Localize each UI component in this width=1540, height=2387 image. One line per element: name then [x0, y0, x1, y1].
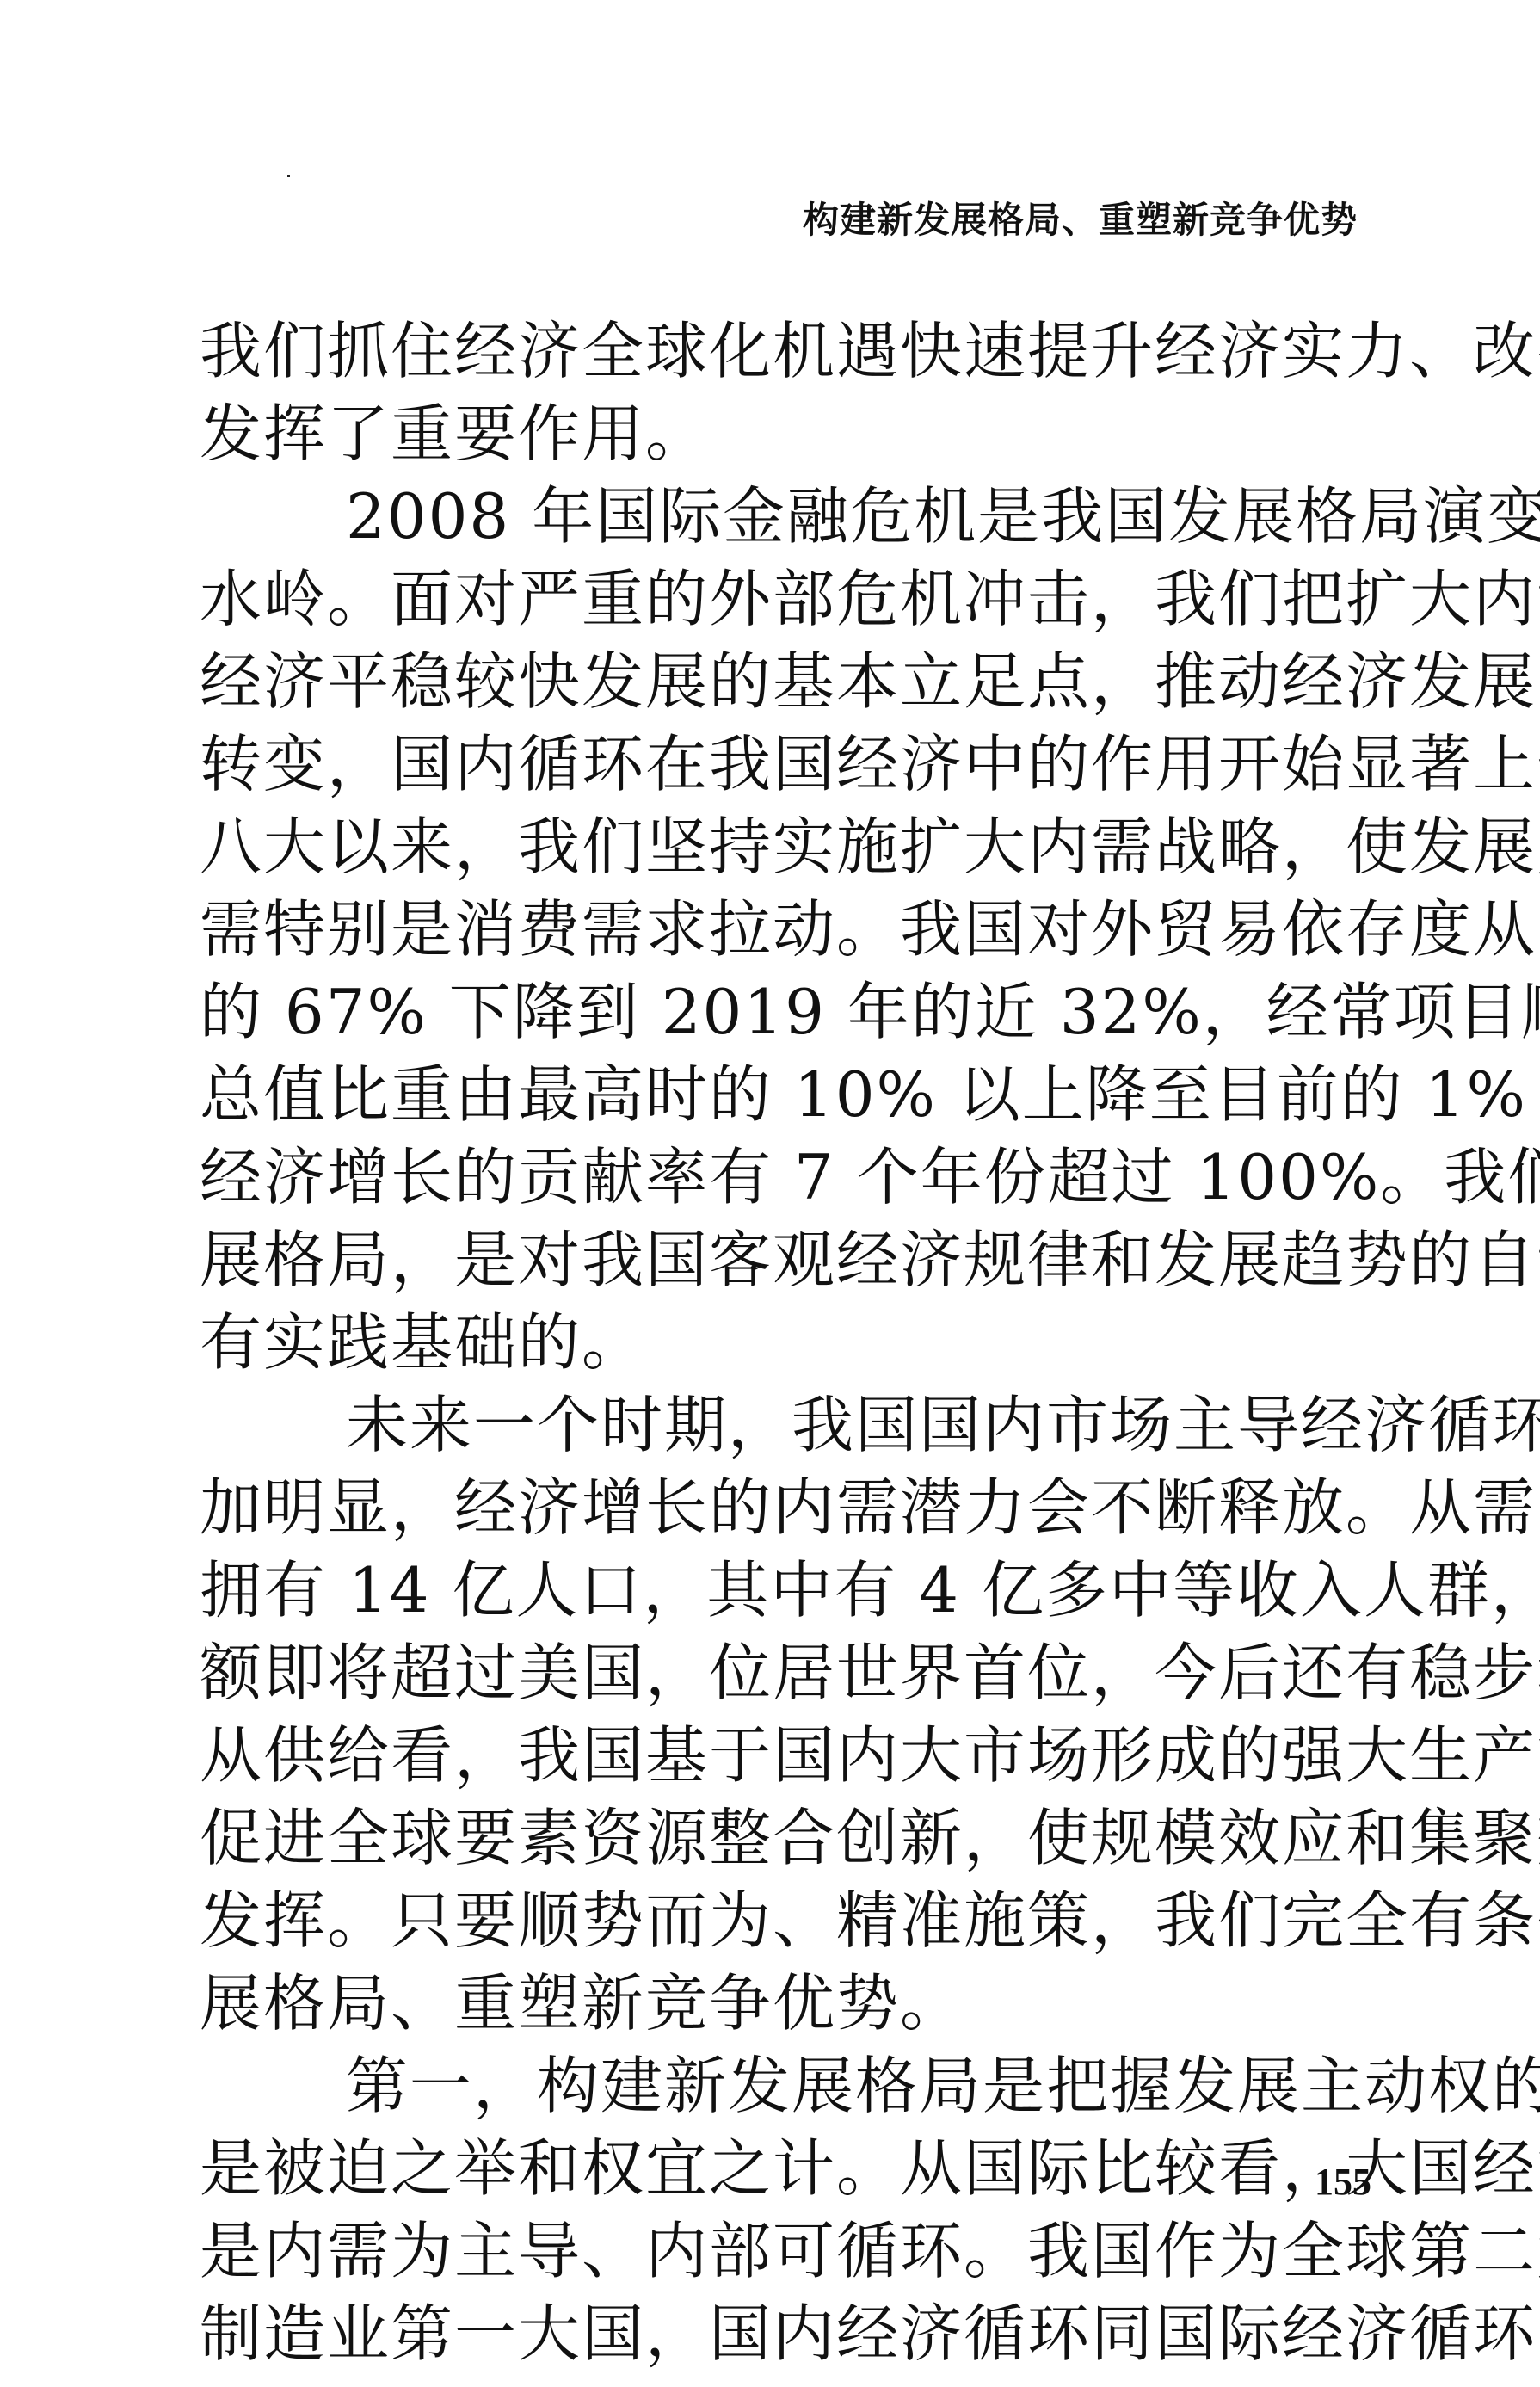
text-line: 展格局，是对我国客观经济规律和发展趋势的自觉把握，是 [200, 1218, 1370, 1301]
text-line: 发挥。只要顺势而为、精准施策，我们完全有条件构建新发 [200, 1879, 1370, 1962]
text-line: 展格局、重塑新竞争优势。 [200, 1962, 964, 2045]
paragraph-start-line: 未来一个时期，我国国内市场主导经济循环的特征会更 [346, 1384, 1370, 1466]
text-line: 是被迫之举和权宜之计。从国际比较看，大国经济的特征都 [200, 2127, 1370, 2210]
text-line: 需特别是消费需求拉动。我国对外贸易依存度从 2006 年峰值 [200, 888, 1370, 971]
text-line: 从供给看，我国基于国内大市场形成的强大生产能力，能够 [200, 1714, 1370, 1797]
text-line: 我们抓住经济全球化机遇快速提升经济实力、改善人民生活 [200, 310, 1370, 392]
text-line: 发挥了重要作用。 [200, 392, 709, 475]
text-line: 转变，国内循环在我国经济中的作用开始显著上升。党的十 [200, 723, 1370, 805]
text-line: 的 67% 下降到 2019 年的近 32%，经常项目顺差占国内生产 [200, 971, 1370, 1053]
scan-artifact-dot [287, 175, 290, 177]
text-line: 经济平稳较快发展的基本立足点，推动经济发展向内需主导 [200, 640, 1370, 723]
text-line: 水岭。面对严重的外部危机冲击，我们把扩大内需作为保持 [200, 558, 1370, 640]
text-line: 经济增长的贡献率有 7 个年份超过 100%。我们提出构建新发 [200, 1136, 1370, 1218]
paragraph-start-line: 2008 年国际金融危机是我国发展格局演变的一个重要分 [346, 475, 1370, 558]
text-line: 拥有 14 亿人口，其中有 4 亿多中等收入人群，我国商品零售 [200, 1549, 1370, 1631]
running-header: 构建新发展格局、重塑新竞争优势 [803, 196, 1358, 244]
text-line: 有实践基础的。 [200, 1301, 645, 1384]
text-line: 加明显，经济增长的内需潜力会不断释放。从需求看，我国 [200, 1466, 1370, 1549]
text-line: 八大以来，我们坚持实施扩大内需战略，使发展更多依靠内 [200, 805, 1370, 888]
page-number: 155 [1315, 2158, 1371, 2206]
text-line: 制造业第一大国，国内经济循环同国际经济循环的关系客观 [200, 2292, 1370, 2375]
text-line: 总值比重由最高时的 10% 以上降至目前的 1% 左右，内需对 [200, 1053, 1370, 1136]
text-line: 促进全球要素资源整合创新，使规模效应和集聚效应最大化 [200, 1797, 1370, 1879]
paragraph-start-line: 第一，构建新发展格局是把握发展主动权的先手棋，不 [346, 2045, 1370, 2127]
text-line: 是内需为主导、内部可循环。我国作为全球第二大经济体和 [200, 2210, 1370, 2292]
text-line: 额即将超过美国，位居世界首位，今后还有稳步增长空间。 [200, 1631, 1370, 1714]
